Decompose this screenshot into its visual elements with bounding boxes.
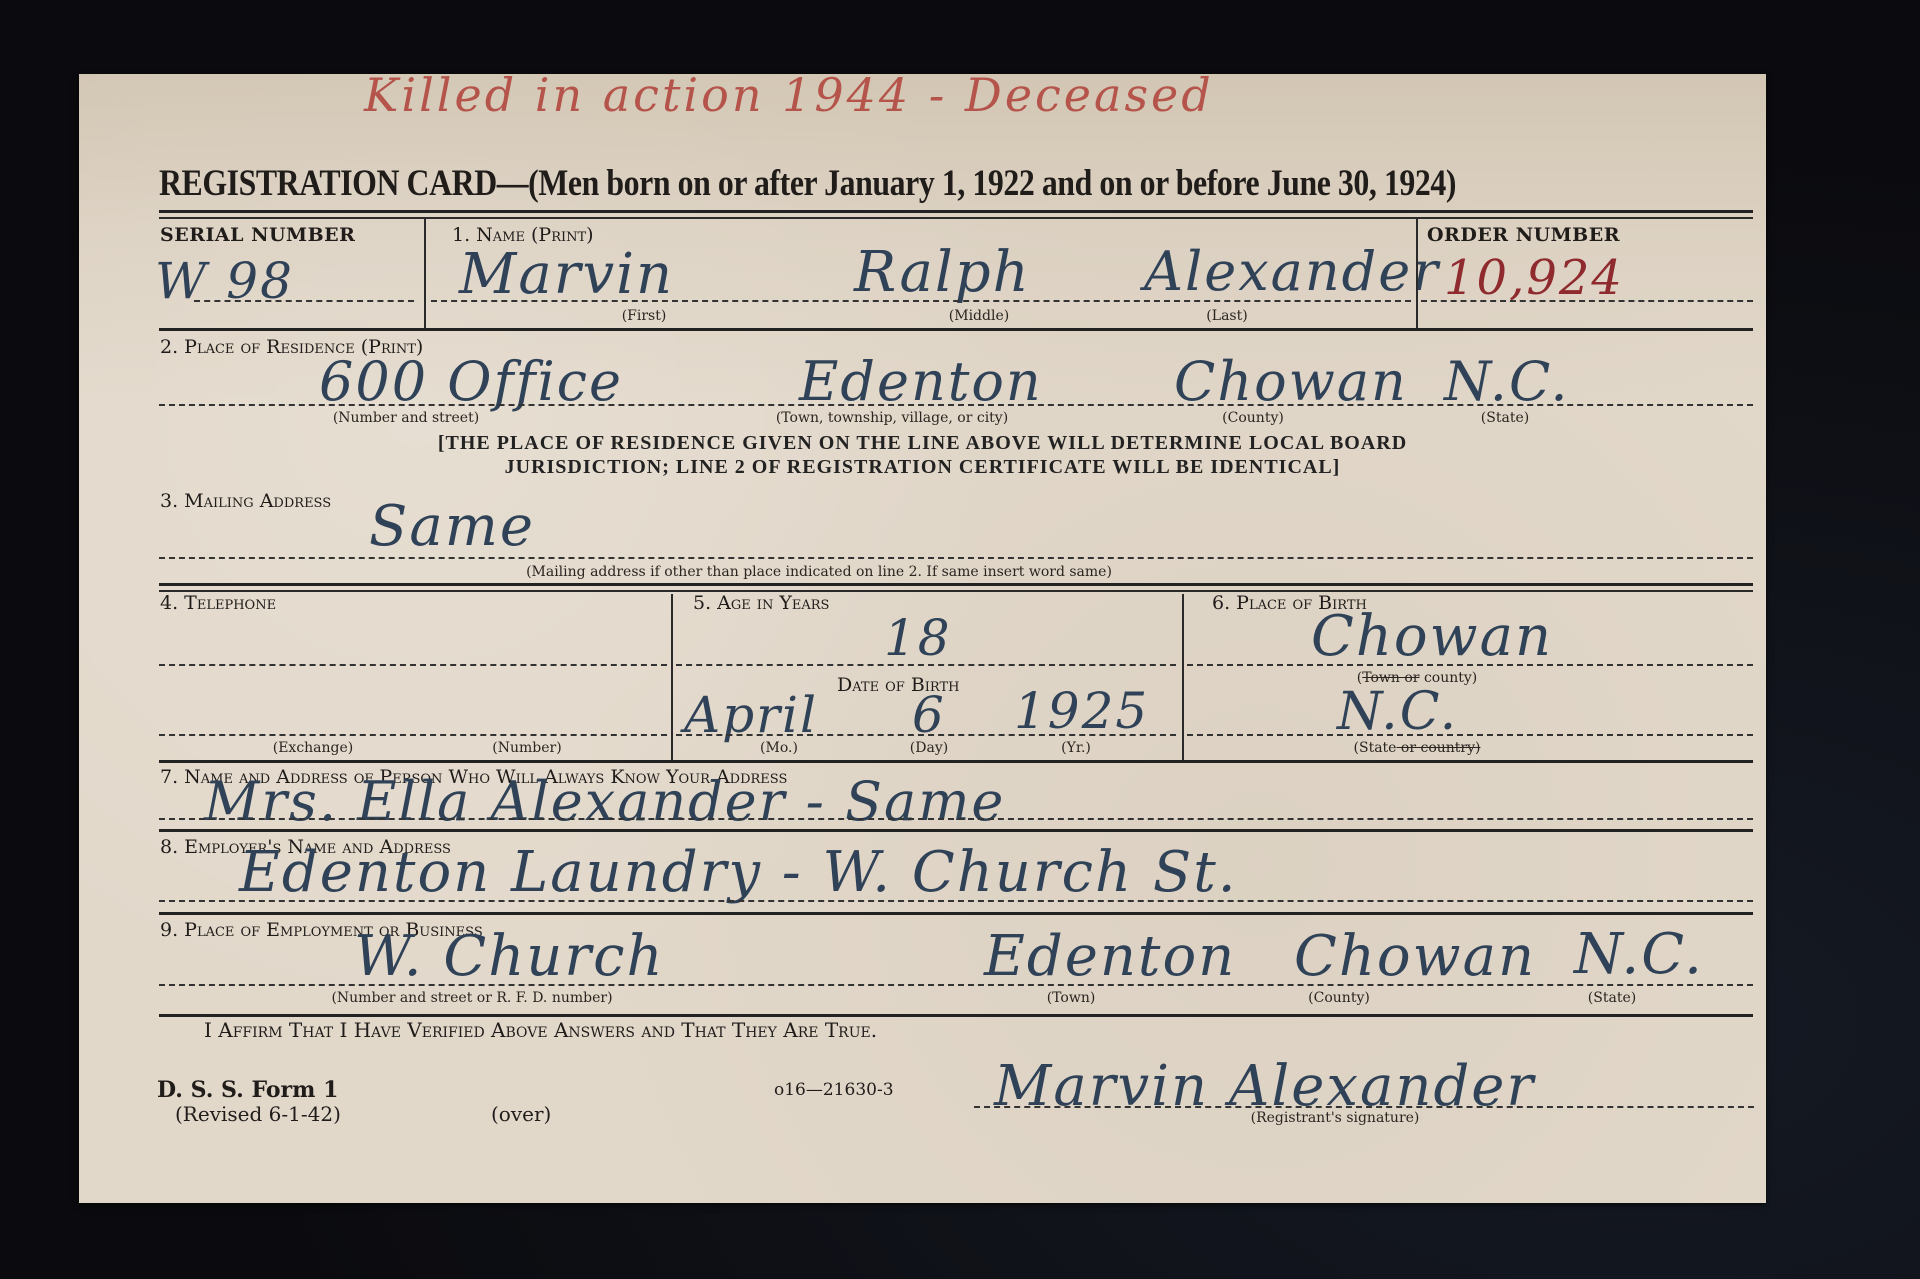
- employment-state-value[interactable]: N.C.: [1574, 922, 1704, 987]
- age-birthplace-divider: [1182, 594, 1184, 760]
- telephone-age-divider: [671, 594, 673, 760]
- name-first-caption: (First): [622, 308, 667, 324]
- dob-year-value[interactable]: 1925: [1014, 682, 1149, 740]
- serial-number-line: [194, 300, 414, 302]
- residence-line: [159, 404, 1753, 406]
- section-rule-1: [159, 328, 1753, 331]
- residence-county-caption: (County): [1222, 410, 1284, 426]
- form-title: REGISTRATION CARD—(Men born on or after …: [159, 162, 1456, 205]
- form-id: D. S. S. Form 1: [157, 1077, 338, 1103]
- residence-town-caption: (Town, township, village, or city): [776, 410, 1008, 426]
- order-number-value[interactable]: 10,924: [1444, 250, 1624, 306]
- form-revised: (Revised 6-1-42): [175, 1102, 341, 1126]
- contact-value[interactable]: Mrs. Ella Alexander - Same: [204, 770, 1005, 833]
- order-divider: [1416, 218, 1418, 328]
- section-rule-5: [159, 912, 1753, 915]
- age-value[interactable]: 18: [884, 609, 952, 667]
- age-label: 5. Age in Years: [693, 592, 829, 614]
- registration-card: Killed in action 1944 - Deceased REGISTR…: [79, 74, 1766, 1203]
- section-rule-6: [159, 1014, 1753, 1017]
- telephone-number-caption: (Number): [492, 740, 561, 756]
- section-rule-2b: [159, 590, 1753, 592]
- employment-street-caption: (Number and street or R. F. D. number): [331, 990, 612, 1006]
- name-line: [431, 300, 1411, 302]
- serial-number-label: SERIAL NUMBER: [160, 224, 355, 246]
- name-last-value[interactable]: Alexander: [1144, 240, 1440, 303]
- residence-street-caption: (Number and street): [333, 410, 479, 426]
- employment-street-value[interactable]: W. Church: [354, 924, 665, 989]
- signature-caption: (Registrant's signature): [1251, 1110, 1420, 1126]
- employer-line: [159, 900, 1753, 902]
- jurisdiction-notice-line2: JURISDICTION; LINE 2 OF REGISTRATION CER…: [79, 456, 1766, 479]
- employment-county-caption: (County): [1308, 990, 1370, 1006]
- birthplace-state-caption: (State or country): [1354, 740, 1481, 756]
- dob-year-caption: (Yr.): [1061, 740, 1091, 756]
- serial-divider: [424, 218, 426, 328]
- birthplace-town-value[interactable]: Chowan: [1311, 604, 1553, 669]
- dob-day-caption: (Day): [910, 740, 948, 756]
- contact-line: [159, 818, 1753, 820]
- mailing-address-caption: (Mailing address if other than place ind…: [526, 564, 1112, 580]
- name-middle-caption: (Middle): [949, 308, 1009, 324]
- print-code: o16—21630-3: [774, 1080, 894, 1100]
- over-note: (over): [491, 1102, 551, 1126]
- name-first-value[interactable]: Marvin: [459, 242, 674, 307]
- telephone-line-1: [159, 664, 667, 666]
- dob-month-caption: (Mo.): [760, 740, 798, 756]
- employment-town-caption: (Town): [1047, 990, 1096, 1006]
- telephone-line-2: [159, 734, 667, 736]
- order-number-line: [1421, 300, 1753, 302]
- affirmation-text: I Affirm That I Have Verified Above Answ…: [204, 1018, 877, 1042]
- order-number-label: ORDER NUMBER: [1427, 224, 1620, 246]
- jurisdiction-notice-line1: [THE PLACE OF RESIDENCE GIVEN ON THE LIN…: [79, 432, 1766, 455]
- section-rule-2a: [159, 583, 1753, 586]
- telephone-label: 4. Telephone: [160, 592, 276, 614]
- signature-line: [974, 1106, 1754, 1108]
- name-last-caption: (Last): [1206, 308, 1247, 324]
- residence-state-caption: (State): [1481, 410, 1529, 426]
- mailing-address-value[interactable]: Same: [369, 494, 535, 559]
- title-rule-2: [159, 217, 1753, 219]
- telephone-exchange-caption: (Exchange): [273, 740, 354, 756]
- employment-town-value[interactable]: Edenton: [984, 924, 1236, 989]
- title-rule-1: [159, 210, 1753, 213]
- section-rule-3: [159, 760, 1753, 763]
- name-middle-value[interactable]: Ralph: [854, 240, 1031, 305]
- section-rule-4: [159, 829, 1753, 832]
- employment-county-value[interactable]: Chowan: [1294, 924, 1536, 989]
- birthplace-state-line: [1187, 734, 1753, 736]
- deceased-annotation: Killed in action 1944 - Deceased: [364, 68, 1214, 122]
- birthplace-state-value[interactable]: N.C.: [1337, 682, 1458, 742]
- birthplace-town-line: [1187, 664, 1753, 666]
- dob-line: [676, 734, 1176, 736]
- age-line: [676, 664, 1176, 666]
- mailing-address-line: [159, 557, 1753, 559]
- employment-line: [159, 984, 1753, 986]
- employer-value[interactable]: Edenton Laundry - W. Church St.: [239, 840, 1238, 905]
- mailing-address-label: 3. Mailing Address: [160, 490, 331, 512]
- employment-state-caption: (State): [1588, 990, 1636, 1006]
